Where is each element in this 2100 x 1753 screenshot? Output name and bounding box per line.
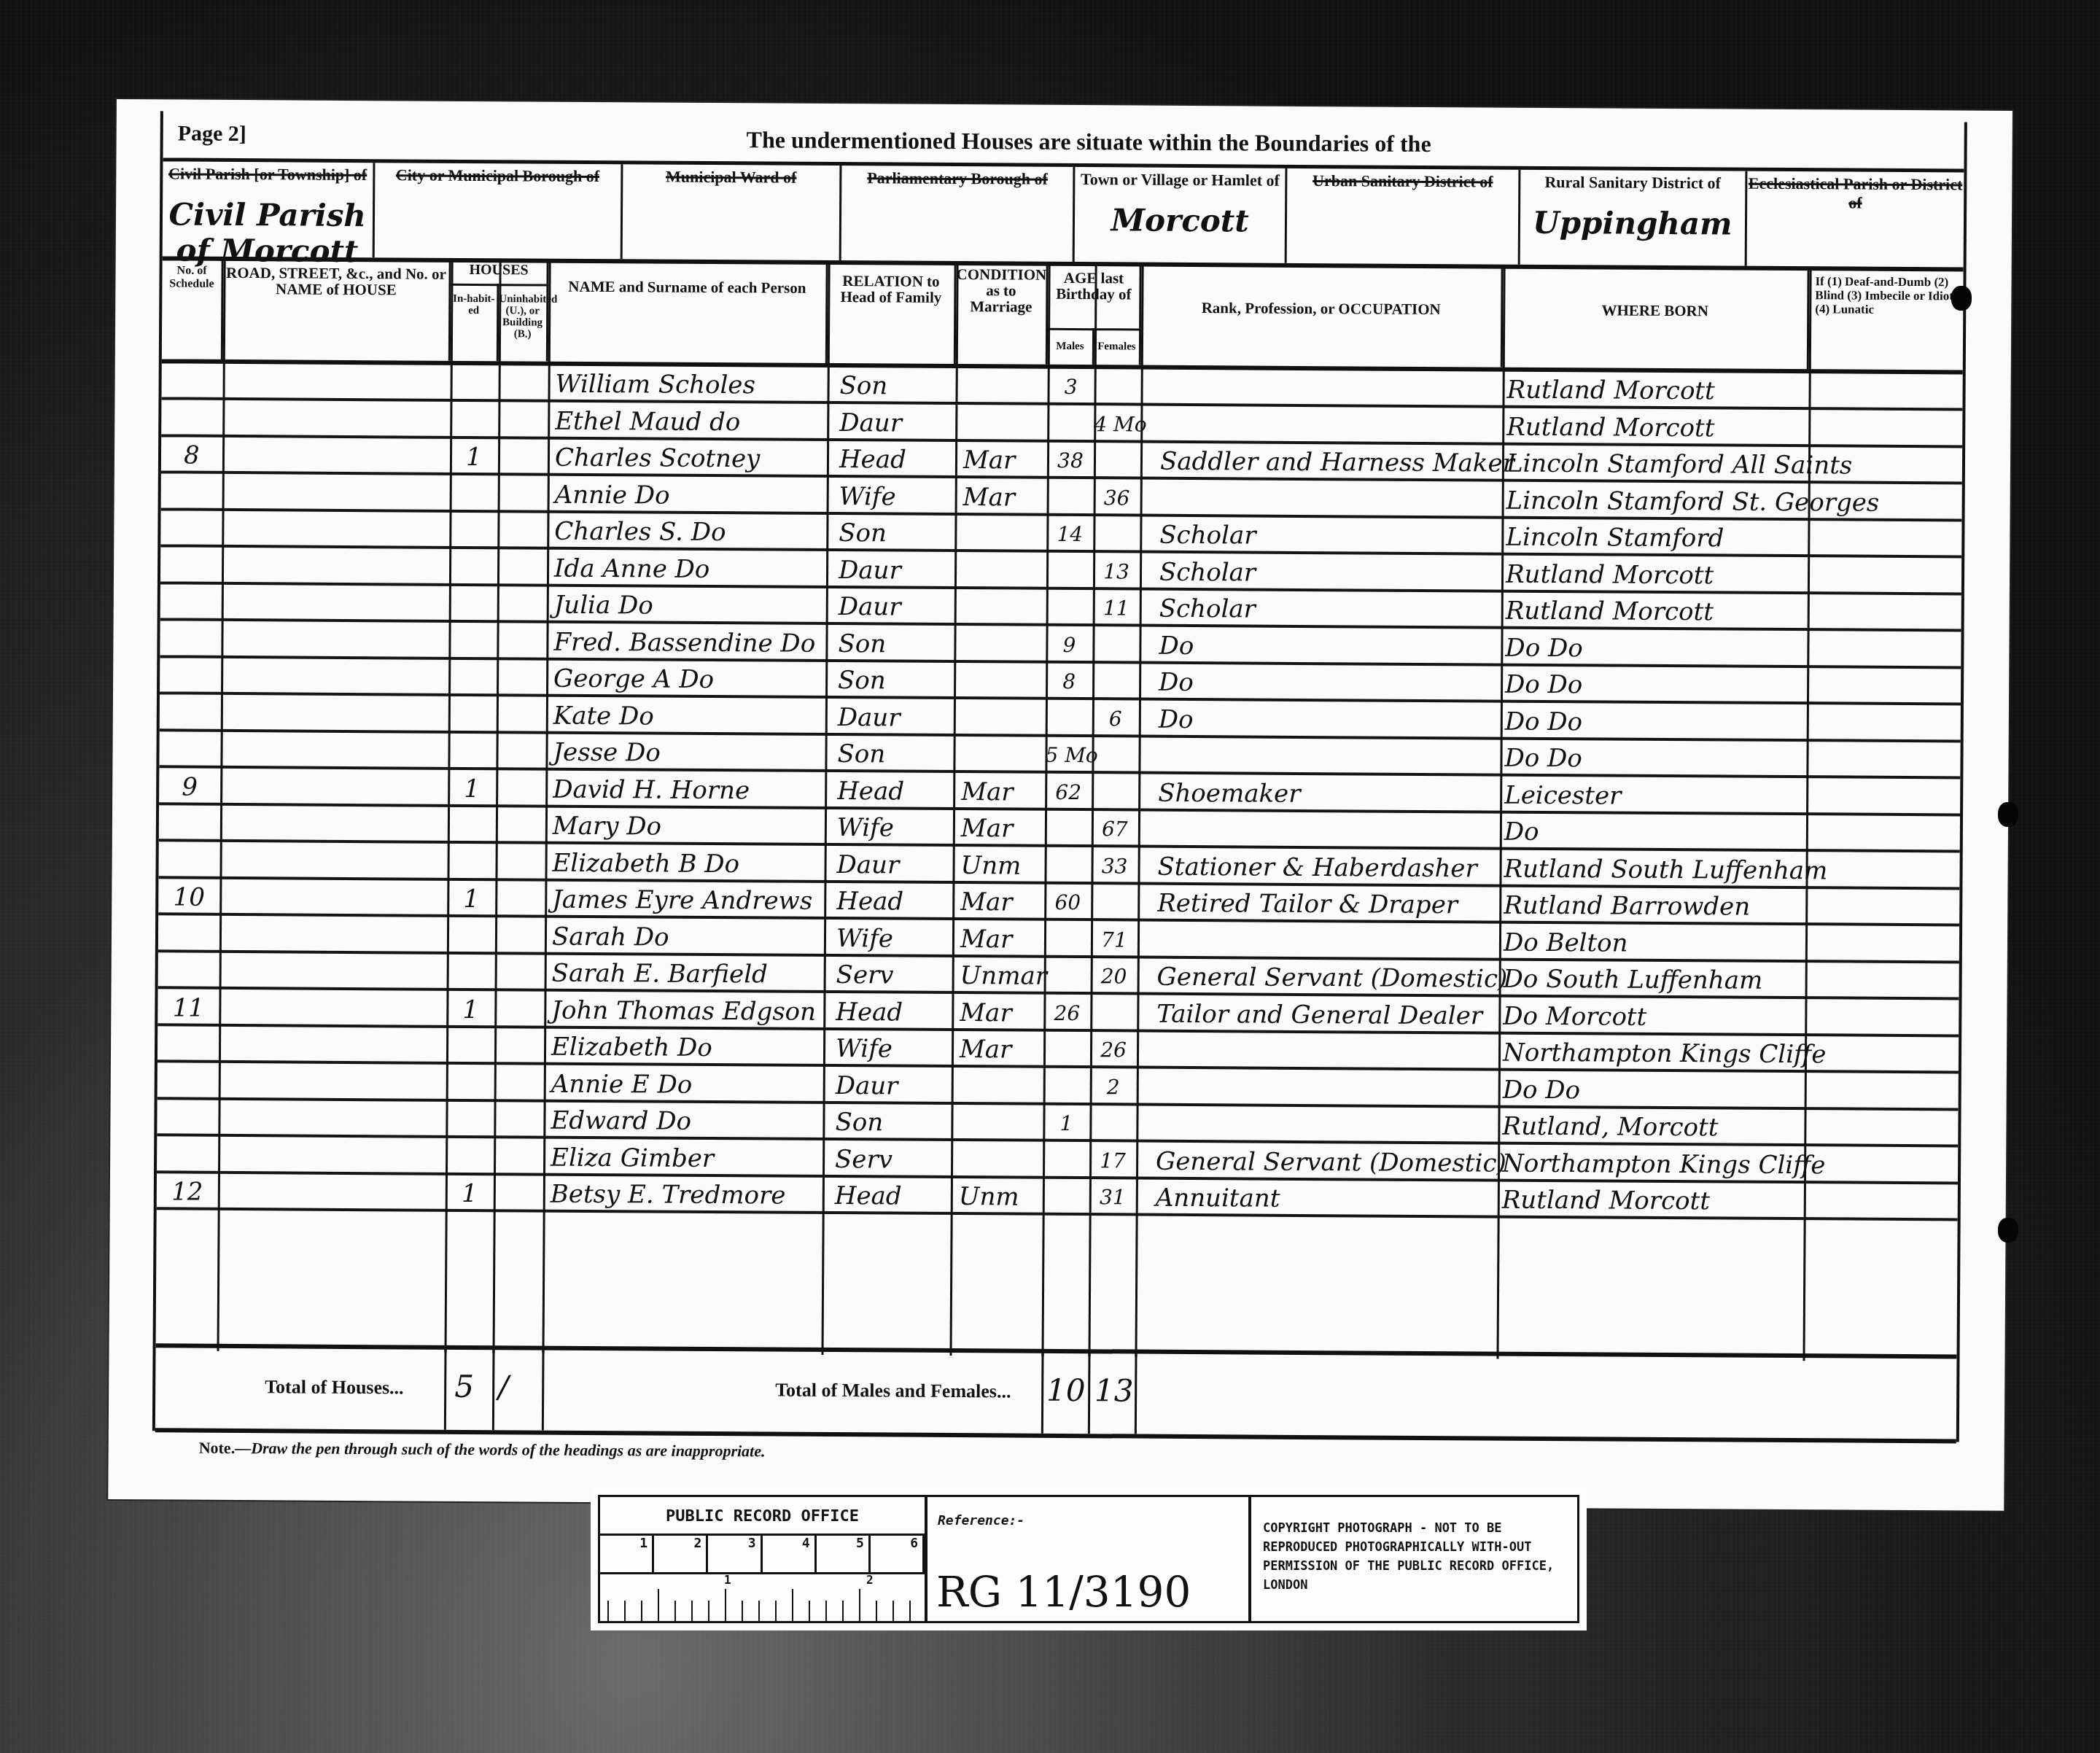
scale-tick [708,1601,709,1621]
cell-schedule [157,1063,219,1097]
cell-where-born: Rutland, Morcott [1502,1108,1804,1144]
boundary-value [1287,203,1518,205]
cell-relation: Daur [836,1068,952,1102]
record-office-stamp: PUBLIC RECORD OFFICE 123456 12 Reference… [598,1495,1579,1623]
scale-tick [892,1601,894,1621]
cell-female-age: 13 [1093,553,1140,587]
cell-relation: Daur [839,552,954,586]
scale-tick [909,1601,911,1621]
cell-male-age [1047,405,1094,439]
column-headers: No. of Schedule ROAD, STREET, &c., and N… [162,257,1964,374]
cell-relation: Son [835,1104,951,1138]
cell-inhabited [446,1065,494,1098]
cell-female-age: 36 [1094,480,1140,513]
cell-condition [960,1068,1043,1103]
header-condition: CONDITION as to Marriage [956,262,1049,365]
cell-female-age: 71 [1091,922,1137,955]
cell-where-born: Northampton Kings Cliffe [1503,1035,1805,1070]
cell-relation: Serv [836,957,952,991]
cell-schedule [158,842,219,876]
boundary-field: City or Municipal Borough of [374,163,623,259]
cell-female-age: 67 [1092,811,1138,844]
cell-female-age [1092,627,1139,661]
reference-number: RG 11/3190 [936,1567,1191,1617]
boundary-heading: Town or Village or Hamlet of [1076,170,1286,190]
cell-female-age: 4 Mo [1094,406,1140,440]
cell-occupation [1160,480,1502,516]
cell-female-age [1093,516,1140,550]
cell-male-age: 1 [1043,1105,1089,1139]
cell-relation: Head [835,1178,951,1212]
reference-box: Reference:- RG 11/3190 [927,1497,1251,1621]
cell-where-born: Lincoln Stamford All Saints [1506,446,1808,481]
header-road: ROAD, STREET, &c., and No. or NAME of HO… [223,257,451,361]
cell-name: Ethel Maud do [555,403,827,438]
boundary-heading: Rural Sanitary District of [1520,173,1745,193]
cell-occupation [1158,738,1500,774]
cell-relation: Daur [839,405,955,439]
cell-occupation: Annuitant [1156,1180,1498,1216]
cell-relation: Son [837,736,953,770]
cell-male-age: 26 [1043,995,1090,1028]
cell-name: Kate Do [553,697,825,732]
scale-mark: 3 [708,1536,762,1572]
cell-relation: Daur [839,588,954,623]
cell-condition: Unm [959,1178,1043,1213]
cell-schedule [157,1100,218,1134]
cell-where-born: Do Morcott [1503,998,1805,1033]
punch-hole-mark [1951,286,1972,311]
totals-row: Total of Houses... 5 / Total of Males an… [155,1343,1957,1443]
cell-female-age [1094,443,1140,476]
cell-condition [962,516,1046,550]
cell-inhabited [450,402,498,435]
total-females: 13 [1094,1372,1134,1408]
header-infirmity: If (1) Deaf-and-Dumb (2) Blind (3) Imbec… [1809,267,1964,370]
cell-where-born: Do Do [1503,1071,1805,1107]
cell-male-age [1043,1142,1089,1175]
cell-relation: Wife [839,478,955,513]
boundary-value [841,201,1073,202]
cell-inhabited [449,549,497,583]
cell-name: Mary Do [553,808,825,843]
cell-female-age [1092,737,1138,771]
cell-male-age: 3 [1047,369,1094,403]
cell-relation: Wife [836,1030,952,1065]
punch-hole-mark [1998,1218,2018,1243]
cell-inhabited [446,1102,494,1135]
cell-schedule [159,731,220,766]
footnote-lead: Note.— [199,1439,252,1457]
total-males: 10 [1046,1372,1086,1408]
cell-female-age: 2 [1090,1069,1137,1103]
cell-name: Sarah E. Barfield [552,955,824,990]
cell-relation: Son [839,515,954,549]
cell-male-age: 60 [1044,885,1091,918]
header-relation: RELATION to Head of Family [828,261,957,364]
cell-where-born: Northampton Kings Cliffe [1502,1145,1804,1181]
scale-tick [825,1601,827,1621]
cell-female-age [1089,1105,1136,1139]
cell-where-born: Rutland Morcott [1506,593,1808,629]
cell-occupation: General Servant (Domestic) [1157,959,1499,995]
cell-inhabited: 1 [447,881,495,914]
cell-female-age: 20 [1091,958,1137,992]
boundary-value [623,199,839,201]
cell-female-age: 31 [1089,1179,1136,1213]
office-name: PUBLIC RECORD OFFICE [600,1507,925,1525]
cell-schedule [157,1137,218,1171]
cell-schedule: 10 [158,879,219,913]
cell-relation: Daur [836,847,952,881]
cell-male-age [1043,1179,1089,1213]
cell-condition [962,663,1046,697]
scale-tick [658,1589,659,1621]
cell-where-born: Do Belton [1504,924,1805,960]
footnote-text: Draw the pen through such of the words o… [251,1439,765,1460]
cell-schedule [160,548,222,582]
cell-inhabited: 1 [446,991,494,1025]
cell-female-age [1090,995,1137,1029]
total-persons-label: Total of Males and Females... [775,1380,1011,1403]
cell-name: Elizabeth Do [551,1029,823,1064]
cell-where-born: Lincoln Stamford St. Georges [1506,482,1808,518]
cell-male-age: 8 [1046,664,1092,697]
scale-tick [792,1589,793,1621]
cell-schedule [160,584,222,618]
cell-where-born: Rutland Morcott [1506,556,1808,591]
cell-male-age [1045,811,1092,844]
cell-male-age: 14 [1046,516,1093,550]
census-sheet: Page 2] The undermentioned Houses are si… [108,99,2012,1511]
scale-tick [725,1589,726,1621]
cell-female-age: 6 [1092,701,1139,734]
total-houses-label: Total of Houses... [265,1376,404,1399]
cell-where-born: Rutland Morcott [1506,372,1808,408]
cell-occupation: Stationer & Haberdasher [1157,848,1499,884]
cell-condition [959,1142,1043,1176]
scale-tick [775,1601,777,1621]
scale-tick [809,1601,810,1621]
total-houses-mark: / [498,1369,508,1404]
boundary-heading: Ecclesiastical Parish or District of [1747,174,1964,214]
cell-schedule [157,1026,219,1060]
scale-inches: 123456 [600,1534,925,1574]
cell-condition [963,405,1047,440]
cell-female-age: 33 [1091,848,1137,882]
boundary-field: Rural Sanitary District ofUppingham [1520,170,1747,266]
cell-male-age [1044,958,1091,992]
cell-occupation: Saddler and Harness Maker [1160,443,1502,479]
boundary-heading: Civil Parish [or Township] of [163,164,373,184]
cell-inhabited [446,1028,494,1062]
boundary-value [1747,225,1964,227]
scale-tick [876,1601,877,1621]
cell-schedule [159,805,220,839]
boundary-value: Uppingham [1520,205,1745,242]
page-number: Page 2] [178,122,246,147]
cell-relation: Head [837,773,953,807]
cell-condition [962,553,1046,587]
boundary-header-row: Civil Parish [or Township] ofCivil Paris… [163,158,1964,271]
cell-condition: Mar [963,479,1047,513]
cell-condition: Unmar [960,957,1044,992]
cell-male-age [1046,553,1093,586]
cell-occupation: Do [1159,664,1501,700]
cell-inhabited: 1 [446,1175,494,1209]
cell-condition [961,736,1045,771]
boundary-field: Ecclesiastical Parish or District of [1746,171,1964,268]
boundary-value: Morcott [1075,202,1285,239]
cell-condition [962,700,1046,734]
cell-relation: Wife [837,809,953,844]
cell-schedule [161,474,222,508]
cell-name: David H. Horne [553,771,825,806]
boundary-heading: City or Municipal Borough of [375,166,621,186]
header-females: Females [1094,328,1141,365]
cell-name: Edward Do [551,1103,822,1138]
header-males: Males [1048,328,1094,365]
cell-relation: Head [836,883,952,917]
scale-tick [607,1601,609,1621]
cell-inhabited [448,660,497,693]
cell-female-age: 11 [1093,590,1140,623]
cell-inhabited [448,807,496,841]
cell-name: William Scholes [555,366,827,401]
cell-condition: Mar [960,1031,1043,1065]
sheet-frame: Page 2] The undermentioned Houses are si… [152,111,1967,1442]
cell-occupation [1160,406,1502,442]
cell-name: Eliza Gimber [551,1139,822,1174]
cell-relation: Son [838,662,954,696]
cell-male-age: 62 [1045,774,1092,807]
boundary-field: Civil Parish [or Township] ofCivil Paris… [163,161,375,257]
punch-hole-mark [1998,802,2018,827]
cell-male-age [1047,479,1094,513]
cell-inhabited [448,623,497,656]
scale-ticks: 12 [600,1573,925,1621]
cell-where-born: Do Do [1504,740,1806,776]
cell-female-age [1092,664,1139,697]
scale-tick [758,1601,760,1621]
cell-condition [963,368,1047,403]
copyright-notice: COPYRIGHT PHOTOGRAPH - NOT TO BE REPRODU… [1263,1519,1566,1595]
cell-name: George A Do [553,661,825,696]
cell-relation: Daur [838,699,954,734]
cell-male-age: 5 Mo [1045,737,1092,771]
cell-schedule: 9 [159,769,220,803]
cell-name: Fred. Bassendine Do [553,623,825,658]
cell-condition [962,589,1046,623]
scale-tick [742,1601,743,1621]
cell-where-born: Do Do [1505,629,1807,665]
cell-where-born: Do [1504,814,1806,850]
cell-name: James Eyre Andrews [552,882,824,917]
cell-where-born: Do Do [1505,703,1807,739]
scale-mark: 4 [763,1536,817,1572]
cell-name: Charles Scotney [555,440,827,475]
scale-cm-mark: 1 [724,1573,731,1587]
cell-male-age [1046,700,1092,734]
cell-schedule: 12 [157,1173,218,1208]
boundary-field: Parliamentary Borough of [841,166,1076,262]
cell-name: Sarah Do [552,918,824,953]
cell-where-born: Do South Luffenham [1504,961,1805,997]
cell-occupation: General Servant (Domestic) [1156,1143,1498,1178]
cell-name: John Thomas Edgson [551,992,823,1027]
cell-occupation: Shoemaker [1158,774,1500,810]
cell-where-born: Rutland Morcott [1502,1182,1804,1218]
copyright-box: COPYRIGHT PHOTOGRAPH - NOT TO BE REPRODU… [1251,1497,1577,1621]
cell-occupation [1157,922,1499,957]
boundary-field: Municipal Ward of [622,164,841,260]
cell-condition [962,626,1046,661]
scale-tick [674,1601,676,1621]
cell-name: Betsy E. Tredmore [551,1176,822,1211]
boundary-field: Town or Village or Hamlet ofMorcott [1075,167,1287,263]
cell-schedule [158,916,219,950]
cell-schedule [158,952,219,987]
cell-condition: Mar [963,442,1047,476]
cell-condition: Mar [960,995,1043,1029]
cell-relation: Serv [835,1141,951,1175]
cell-female-age [1092,774,1138,808]
cell-where-born: Do Do [1505,666,1807,702]
header-schedule: No. of Schedule [162,257,224,359]
cell-female-age [1091,885,1137,918]
scale-mark: 2 [654,1536,708,1572]
scale-tick [641,1601,642,1621]
scale-mark: 5 [817,1536,871,1572]
cell-where-born: Rutland South Luffenham [1504,850,1805,886]
cell-condition: Unm [960,847,1044,882]
cell-relation: Head [839,441,955,475]
scale-tick [624,1601,626,1621]
cell-relation: Son [838,626,954,660]
scale-mark: 1 [600,1536,654,1572]
cell-relation: Wife [836,920,952,955]
cell-schedule [161,400,222,435]
cell-condition: Mar [960,921,1044,955]
cell-occupation: Scholar [1159,553,1501,589]
cell-where-born: Rutland Barrowden [1504,887,1805,923]
reference-label: Reference:- [938,1513,1248,1528]
cell-name: Annie Do [555,476,827,511]
scale-cm-mark: 2 [866,1573,874,1587]
scale-mark: 6 [871,1536,925,1572]
cell-male-age [1044,921,1091,955]
cell-condition: Mar [961,774,1045,808]
header-inhabited: In-habit-ed [451,284,499,361]
cell-inhabited [450,475,498,509]
boundary-heading: Urban Sanitary District of [1287,171,1518,192]
cell-occupation [1158,812,1500,847]
cell-inhabited [450,365,498,399]
cell-occupation: Scholar [1159,517,1501,553]
cell-name: Ida Anne Do [554,550,826,585]
cell-occupation [1156,1033,1498,1068]
cell-occupation [1156,1106,1498,1142]
cell-condition [959,1105,1043,1139]
cell-female-age: 26 [1090,1032,1137,1065]
cell-occupation: Do [1159,701,1501,736]
cell-male-age: 9 [1046,626,1092,660]
cell-schedule: 11 [157,990,219,1024]
scale-tick [691,1601,693,1621]
header-occupation: Rank, Profession, or OCCUPATION [1141,263,1504,368]
cell-where-born: Lincoln Stamford [1506,519,1808,555]
cell-relation: Head [836,994,952,1028]
header-where-born: WHERE BORN [1503,265,1810,370]
cell-schedule [160,510,222,545]
cell-schedule: 8 [161,437,222,471]
cell-name: Jesse Do [553,734,825,769]
scale-tick [842,1601,844,1621]
boundary-field: Urban Sanitary District of [1287,168,1521,265]
cell-schedule [160,658,221,692]
footnote: Note.—Draw the pen through such of the w… [199,1439,766,1461]
cell-occupation: Tailor and General Dealer [1156,995,1498,1031]
cell-occupation [1160,370,1502,405]
cell-where-born: Leicester [1504,777,1806,812]
cell-name: Elizabeth B Do [552,844,824,879]
cell-inhabited [449,586,497,620]
cell-male-age [1044,847,1091,881]
cell-occupation: Do [1159,627,1501,663]
header-name: NAME and Surname of each Person [548,260,828,363]
cell-occupation [1156,1069,1498,1105]
cell-male-age [1043,1068,1090,1102]
cell-inhabited: 1 [448,770,496,804]
cell-male-age [1046,590,1093,623]
cell-occupation: Retired Tailor & Draper [1157,885,1499,921]
cell-inhabited [448,696,497,730]
cell-male-age: 38 [1047,443,1094,476]
cell-where-born: Rutland Morcott [1506,408,1808,444]
cell-inhabited [447,917,495,951]
boundary-title: The undermentioned Houses are situate wi… [747,126,1431,158]
boundary-value [375,198,621,199]
cell-inhabited [448,734,496,767]
cell-name: Charles S. Do [554,513,826,548]
cell-schedule [160,695,221,729]
cell-schedule [162,363,223,397]
cell-condition: Mar [960,884,1044,918]
cell-name: Annie E Do [551,1065,823,1100]
boundary-heading: Municipal Ward of [623,167,840,187]
scale-tick [859,1589,860,1621]
cell-female-age: 17 [1089,1143,1136,1176]
cell-condition: Mar [961,810,1045,844]
cell-inhabited [447,844,495,877]
cell-female-age [1094,369,1140,403]
office-scale-box: PUBLIC RECORD OFFICE 123456 12 [600,1497,927,1621]
cell-inhabited [449,513,497,546]
cell-schedule [160,621,221,656]
header-uninhabited: Uninhabited (U.), or Building (B.) [499,284,549,361]
cell-inhabited [446,1138,494,1172]
cell-inhabited [447,955,495,988]
cell-relation: Son [839,368,955,402]
cell-inhabited: 1 [450,439,498,473]
census-table: No. of Schedule ROAD, STREET, &c., and N… [155,257,1963,1405]
total-houses-inhabited: 5 [454,1369,474,1404]
cell-occupation: Scholar [1159,591,1501,626]
boundary-heading: Parliamentary Borough of [841,168,1073,189]
cell-name: Julia Do [554,587,826,622]
cell-male-age [1043,1032,1090,1065]
